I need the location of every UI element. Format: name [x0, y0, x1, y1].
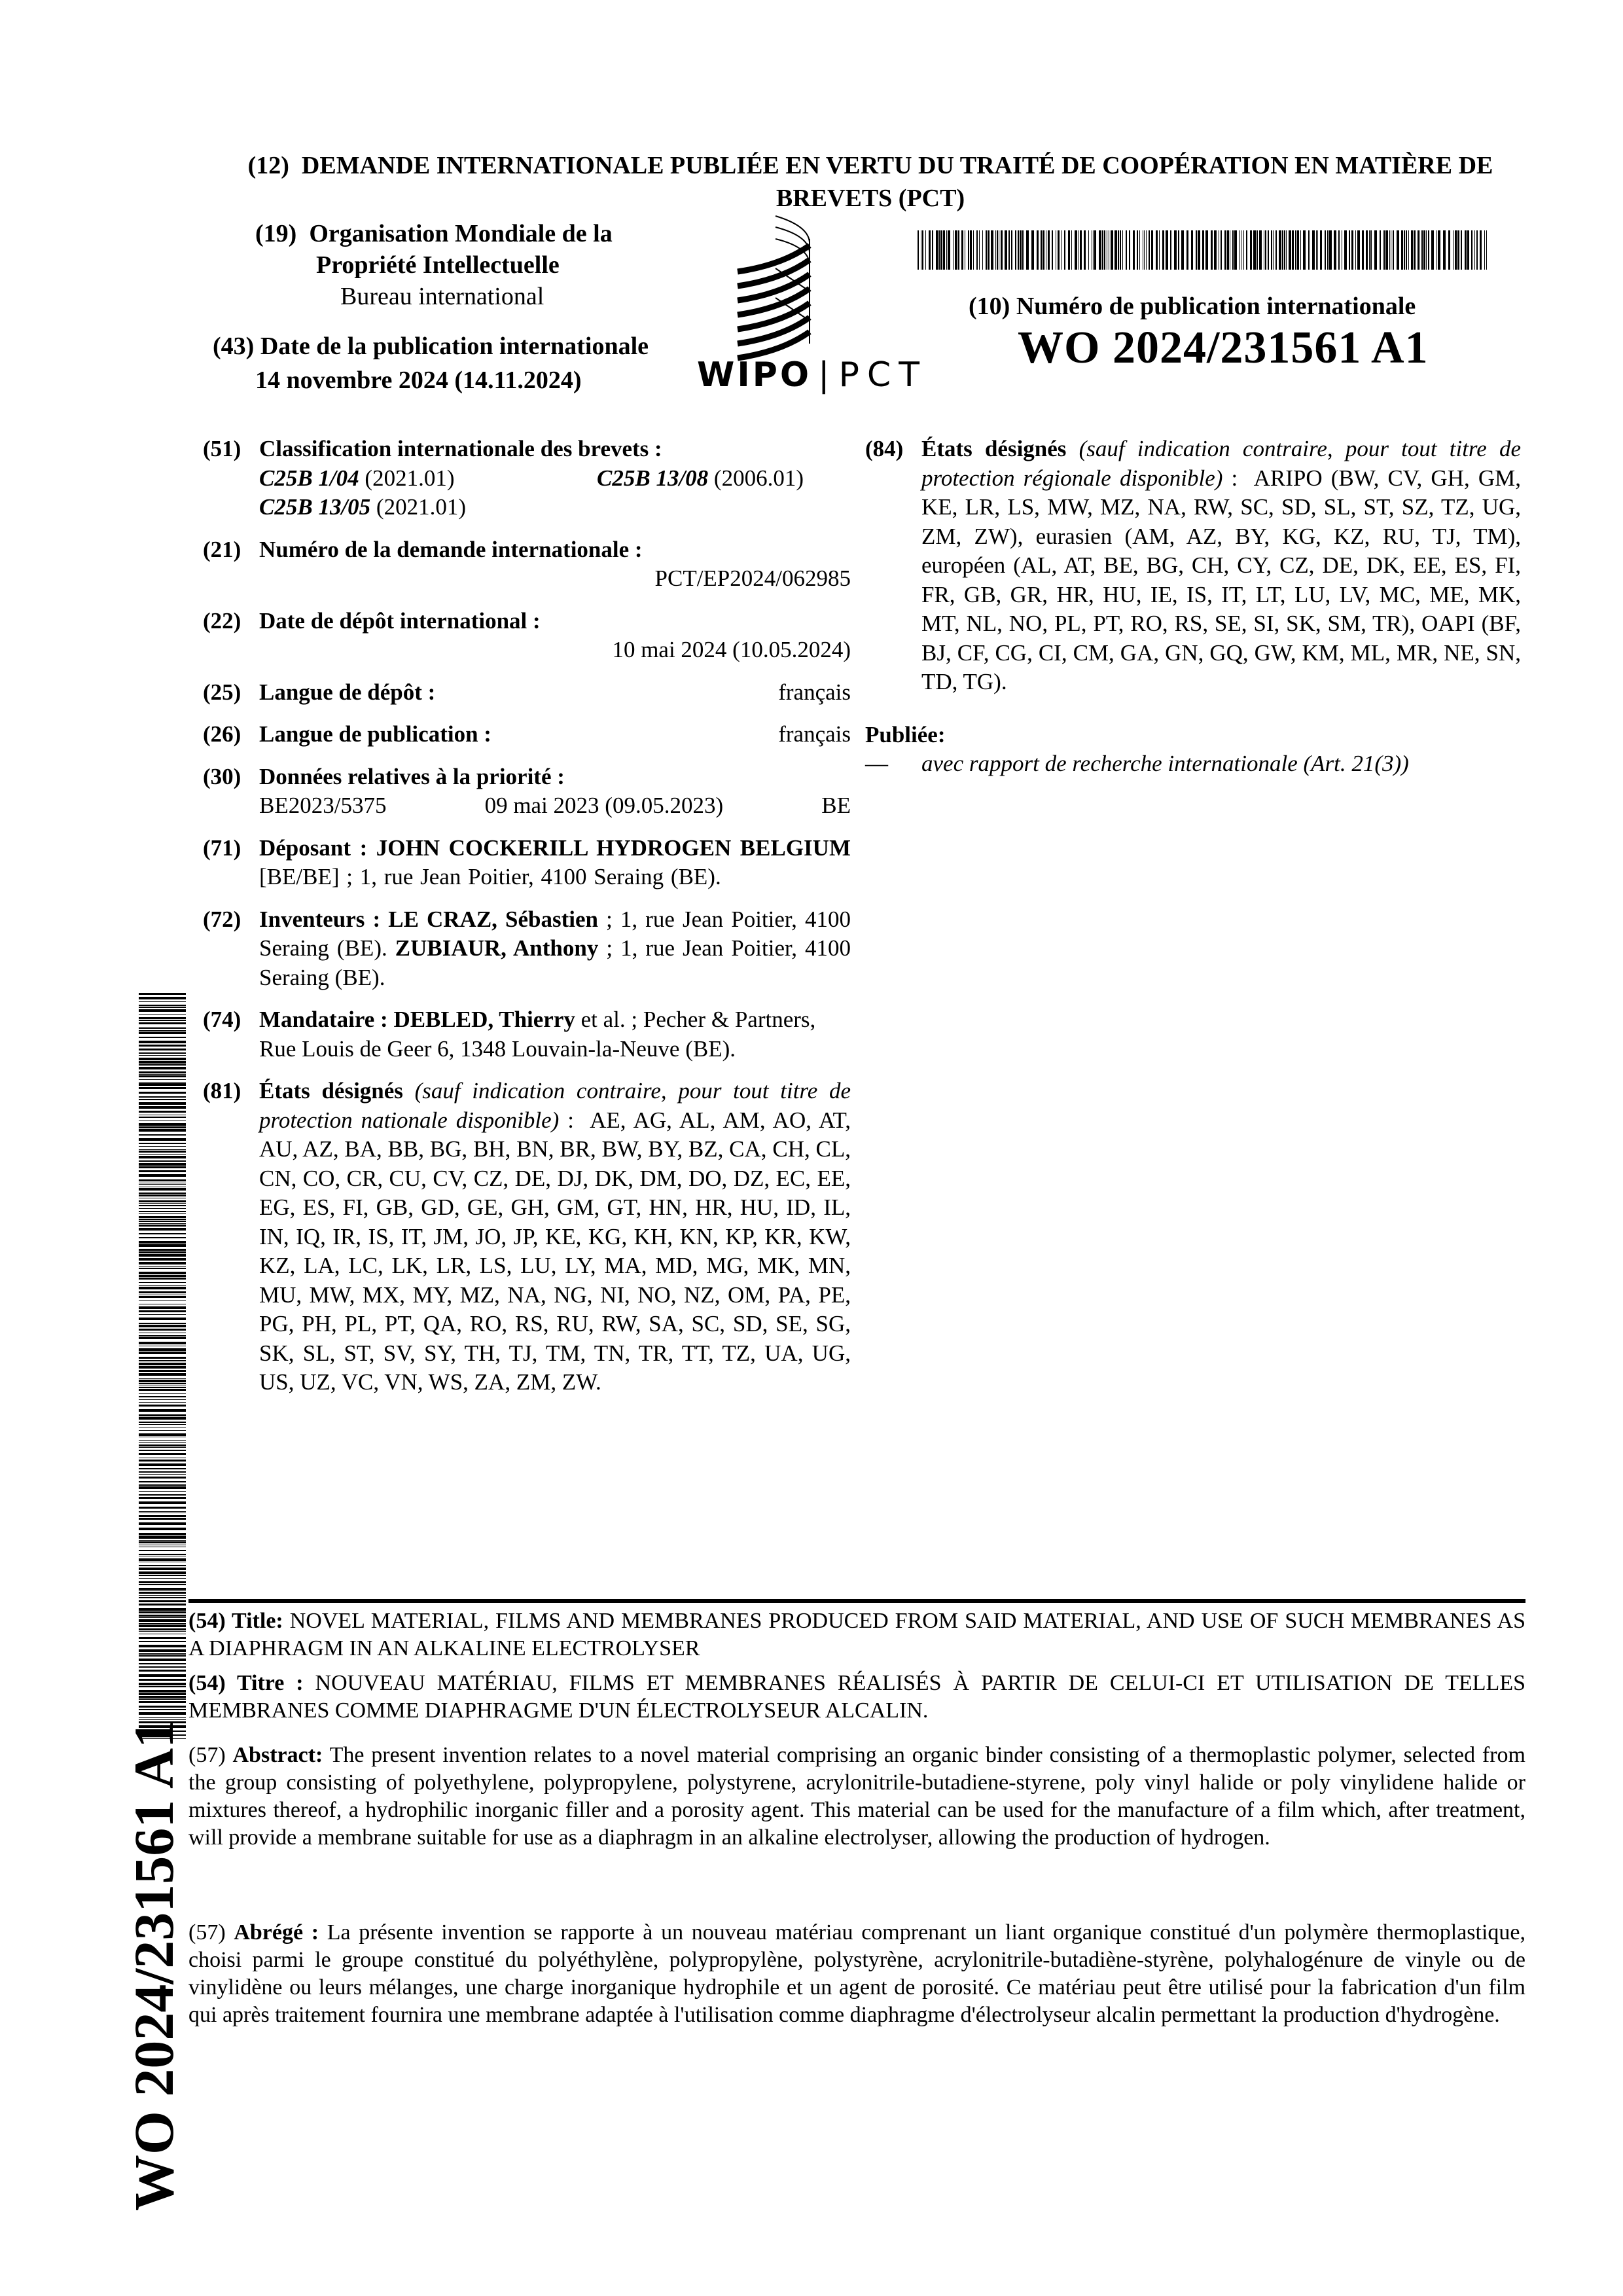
- classification-version: (2006.01): [714, 465, 804, 491]
- section-divider: [188, 1599, 1525, 1603]
- inid-code-22: (22): [203, 607, 259, 665]
- title-en-text: NOVEL MATERIAL, FILMS AND MEMBRANES PROD…: [188, 1609, 1525, 1660]
- document-type-heading: (12) DEMANDE INTERNATIONALE PUBLIÉE EN V…: [242, 149, 1499, 215]
- publication-number-label-text: Numéro de publication internationale: [1016, 293, 1416, 320]
- wipo-globe-logo-icon: [736, 213, 815, 363]
- priority-label: Données relatives à la priorité :: [259, 762, 851, 792]
- classification-symbol: C25B 13/08: [597, 465, 708, 491]
- wordmark-separator: |: [818, 355, 832, 395]
- inid-code-84: (84): [865, 435, 921, 697]
- bibliographic-right-column: (84) États désignés (sauf indication con…: [865, 435, 1521, 779]
- field-22-filing-date: (22) Date de dépôt international : 10 ma…: [203, 607, 851, 665]
- wipo-wordmark: WIPO: [697, 355, 811, 395]
- priority-number: BE2023/5375: [259, 791, 386, 821]
- published-label: Publiée:: [865, 721, 1521, 750]
- inid-code-21: (21): [203, 535, 259, 594]
- publication-number: WO 2024/231561 A1: [1018, 322, 1429, 374]
- field-25-filing-language: (25) Langue de dépôt : français: [203, 678, 851, 708]
- abstract-en-label: Abstract:: [233, 1743, 323, 1767]
- designated-states-label: États désignés: [259, 1078, 403, 1103]
- org-name-line2: Propriété Intellectuelle: [255, 249, 674, 281]
- org-name-line1: Organisation Mondiale de la: [309, 220, 612, 247]
- field-81-designated-national: (81) États désignés (sauf indication con…: [203, 1077, 851, 1397]
- filing-language-value: français: [778, 678, 851, 708]
- title-french: (54) Titre : NOUVEAU MATÉRIAU, FILMS ET …: [188, 1670, 1525, 1725]
- designated-states-list: AE, AG, AL, AM, AO, AT, AU, AZ, BA, BB, …: [259, 1107, 851, 1395]
- field-84-designated-regional: (84) États désignés (sauf indication con…: [865, 435, 1521, 697]
- abstract-fr-code: (57): [188, 1920, 226, 1945]
- priority-date: 09 mai 2023 (09.05.2023): [485, 791, 724, 821]
- field-74-agent: (74) Mandataire : DEBLED, Thierry et al.…: [203, 1005, 851, 1064]
- vertical-publication-number-text: WO 2024/231561 A1: [121, 1720, 187, 2211]
- wipo-pct-wordmark: WIPO|PCT: [697, 355, 927, 395]
- publication-number-label: (10) Numéro de publication international…: [969, 292, 1505, 321]
- field-51-classification: (51) Classification internationale des b…: [203, 435, 851, 522]
- published-dash: —: [865, 749, 921, 779]
- agent-label: Mandataire :: [259, 1007, 388, 1032]
- filing-language-label: Langue de dépôt :: [259, 678, 435, 708]
- publication-date-label: Date de la publication internationale: [260, 332, 649, 360]
- inventors-label: Inventeurs :: [259, 906, 380, 932]
- inid-code-12: (12): [248, 152, 289, 179]
- publication-language-value: français: [778, 720, 851, 749]
- abstract-french: (57) Abrégé : La présente invention se r…: [188, 1919, 1525, 2029]
- inventor-name: LE CRAZ, Sébastien: [388, 906, 598, 932]
- applicant-address: [BE/BE] ; 1, rue Jean Poitier, 4100 Sera…: [259, 864, 721, 889]
- inid-code-30: (30): [203, 762, 259, 821]
- title-english: (54) Title: NOVEL MATERIAL, FILMS AND ME…: [188, 1607, 1525, 1662]
- field-26-publication-language: (26) Langue de publication : français: [203, 720, 851, 749]
- classification-symbol: C25B 13/05: [259, 494, 370, 520]
- classification-version: (2021.01): [376, 494, 466, 520]
- vertical-publication-number: WO 2024/231561 A1: [115, 1779, 193, 2152]
- inid-code-10: (10): [969, 293, 1010, 320]
- pct-wordmark: PCT: [839, 355, 927, 395]
- field-30-priority: (30) Données relatives à la priorité : B…: [203, 762, 851, 821]
- abstract-fr-text: La présente invention se rapporte à un n…: [188, 1920, 1525, 2027]
- priority-country: BE: [821, 791, 851, 821]
- published-item: avec rapport de recherche internationale…: [921, 749, 1409, 779]
- inid-code-51: (51): [203, 435, 259, 522]
- abstract-fr-label: Abrégé :: [234, 1920, 319, 1945]
- regional-states-label: États désignés: [921, 436, 1066, 461]
- field-21-application-number: (21) Numéro de la demande internationale…: [203, 535, 851, 594]
- regional-states-list: ARIPO (BW, CV, GH, GM, KE, LR, LS, MW, M…: [921, 465, 1521, 695]
- classification-entry: C25B 13/08 (2006.01): [597, 464, 804, 493]
- inid-code-72: (72): [203, 905, 259, 993]
- application-number-label: Numéro de la demande internationale :: [259, 535, 851, 565]
- publication-language-label: Langue de publication :: [259, 720, 491, 749]
- title-fr-label: (54) Titre :: [188, 1671, 304, 1695]
- inid-code-26: (26): [203, 720, 259, 749]
- classification-version: (2021.01): [365, 465, 454, 491]
- document-type: DEMANDE INTERNATIONALE PUBLIÉE EN VERTU …: [302, 152, 1493, 212]
- bibliographic-left-column: (51) Classification internationale des b…: [203, 435, 851, 1410]
- org-name-line3: Bureau international: [255, 281, 674, 312]
- applicant-name: JOHN COCKERILL HYDROGEN BELGIUM: [376, 835, 851, 861]
- inid-code-25: (25): [203, 678, 259, 708]
- barcode-icon: [918, 230, 1514, 270]
- inid-code-81: (81): [203, 1077, 259, 1397]
- abstract-en-text: The present invention relates to a novel…: [188, 1743, 1525, 1850]
- publication-date-block: (43) Date de la publication internationa…: [213, 329, 710, 397]
- inid-code-71: (71): [203, 834, 259, 892]
- field-72-inventors: (72) Inventeurs : LE CRAZ, Sébastien ; 1…: [203, 905, 851, 993]
- classification-entry: C25B 13/05 (2021.01): [259, 493, 851, 522]
- inid-code-43: (43): [213, 332, 254, 360]
- abstract-en-code: (57): [188, 1743, 226, 1767]
- published-block: Publiée: — avec rapport de recherche int…: [865, 721, 1521, 779]
- inid-code-19: (19): [255, 220, 296, 247]
- classification-entry: C25B 1/04 (2021.01): [259, 464, 597, 493]
- vertical-barcode-icon: [139, 993, 186, 1739]
- filing-date-value: 10 mai 2024 (10.05.2024): [259, 636, 851, 665]
- inventor-name: ZUBIAUR, Anthony: [395, 935, 599, 961]
- agent-name: DEBLED, Thierry: [393, 1007, 575, 1032]
- classification-label: Classification internationale des brevet…: [259, 435, 851, 464]
- applicant-label: Déposant :: [259, 835, 367, 861]
- publication-date-value: 14 novembre 2024 (14.11.2024): [213, 363, 710, 397]
- organization-block: (19) Organisation Mondiale de la Proprié…: [255, 218, 674, 312]
- abstract-english: (57) Abstract: The present invention rel…: [188, 1742, 1525, 1852]
- application-number-value: PCT/EP2024/062985: [259, 564, 851, 594]
- inid-code-74: (74): [203, 1005, 259, 1064]
- filing-date-label: Date de dépôt international :: [259, 607, 851, 636]
- classification-symbol: C25B 1/04: [259, 465, 359, 491]
- title-fr-text: NOUVEAU MATÉRIAU, FILMS ET MEMBRANES RÉA…: [188, 1671, 1525, 1723]
- field-71-applicant: (71) Déposant : JOHN COCKERILL HYDROGEN …: [203, 834, 851, 892]
- title-en-label: (54) Title:: [188, 1609, 283, 1633]
